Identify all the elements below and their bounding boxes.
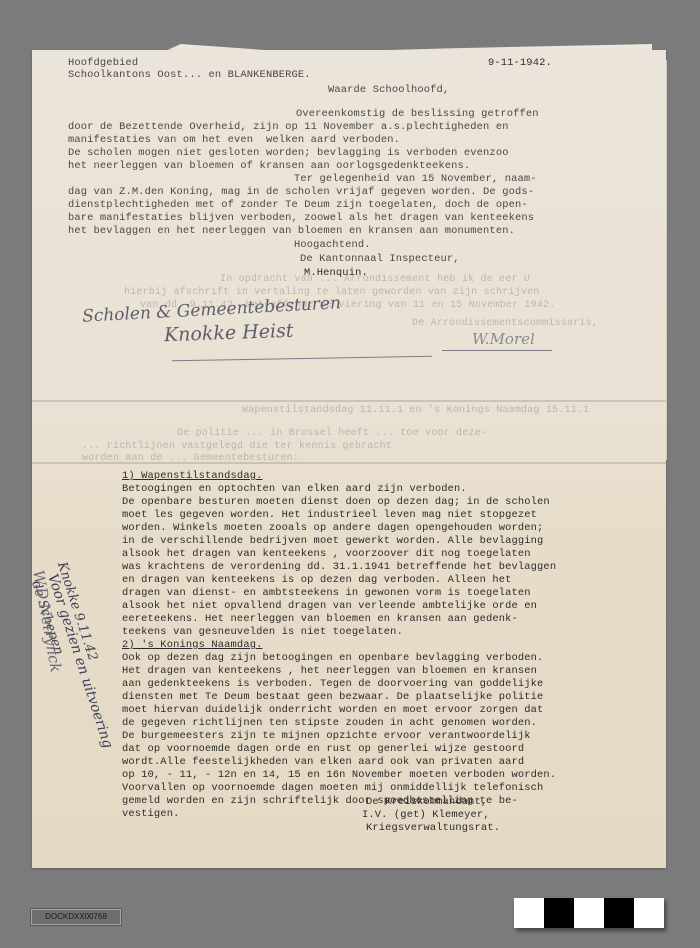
scale-swatch-white xyxy=(574,898,604,928)
section1-title: 1) Wapenstilstandsdag. xyxy=(122,470,262,483)
section2-title: 2) 's Konings Naamdag. xyxy=(122,639,262,652)
header-left-line2: Schoolkantons Oost... en BLANKENBERGE. xyxy=(68,69,311,82)
document-page: In opdracht van ... Arrondissement heb i… xyxy=(32,50,666,868)
letter-date: 9-11-1942. xyxy=(488,57,552,70)
handwritten-underline xyxy=(172,356,432,362)
letter-line: het bevlaggen en het neerleggen van bloe… xyxy=(68,225,515,238)
salutation: Waarde Schoolhoofd, xyxy=(328,84,449,97)
section1-line: moet les gegeven worden. Het industrieel… xyxy=(122,509,537,522)
letter-line: De scholen mogen niet gesloten worden; b… xyxy=(68,147,509,160)
section1-line: worden. Winkels moeten zooals op andere … xyxy=(122,522,543,535)
letter-line: bare manifestaties blijven verboden, zoo… xyxy=(68,212,534,225)
handwritten-place: Knokke Heist xyxy=(164,320,294,347)
section1-line: eereteekens. Het neerleggen van bloemen … xyxy=(122,613,518,626)
ghost-line: Wapenstilstandsdag 11.11.1 en 's Konings… xyxy=(242,405,589,416)
section1-line: De openbare besturen moeten dienst doen … xyxy=(122,496,550,509)
section1-line: alsook het dragen van kenteekens , voorz… xyxy=(122,548,531,561)
closing2-title: De Kreiskommandant, xyxy=(366,796,487,809)
scale-swatch-black xyxy=(604,898,634,928)
closing2-signatory: I.V. (get) Klemeyer, xyxy=(362,809,490,822)
closing-signatory: M.Henquin. xyxy=(304,267,368,280)
section2-line: diensten met Te Deum bestaat geen bezwaa… xyxy=(122,691,543,704)
letter-line: het neerleggen van bloemen of kransen aa… xyxy=(68,160,470,173)
fold-line xyxy=(32,400,666,402)
section2-line: Het dragen van kenteekens , het neerlegg… xyxy=(122,665,537,678)
section2-line: De burgemeesters zijn te mijnen opzichte… xyxy=(122,730,531,743)
section1-line: dragen van dienst- en ambtsteekens in ge… xyxy=(122,587,531,600)
letter-line: manifestaties van om het even welken aar… xyxy=(68,134,400,147)
signature-underline xyxy=(442,350,552,351)
closing2-rank: Kriegsverwaltungsrat. xyxy=(366,822,500,835)
color-scale-bar xyxy=(514,898,664,928)
section1-line: teekens van gesneuvelden is niet toegela… xyxy=(122,626,403,639)
section2-line: Voorvallen op voornoemde dagen moeten mi… xyxy=(122,782,543,795)
section1-line: en dragen van kenteekens is op dezen dag… xyxy=(122,574,512,587)
section1-line: Betoogingen en optochten van elken aard … xyxy=(122,483,467,496)
closing-title: De Kantonnaal Inspecteur, xyxy=(300,253,460,266)
ghost-line: De Arrondissementscommissaris, xyxy=(412,318,598,329)
letter-line: Ter gelegenheid van 15 November, naam- xyxy=(294,173,537,186)
letter-line: Overeenkomstig de beslissing getroffen xyxy=(296,108,539,121)
closing-greeting: Hoogachtend. xyxy=(294,239,371,252)
section2-line: op 10, - 11, - 12n en 14, 15 en 16n Nove… xyxy=(122,769,556,782)
section2-line: moet hiervan duidelijk onderricht worden… xyxy=(122,704,543,717)
section2-line: wordt.Alle feestelijkheden van elken aar… xyxy=(122,756,524,769)
ghost-line: ... richtlijnen vastgelegd die ter kenni… xyxy=(82,441,392,452)
section2-line: dat op voornoemde dagen orde en rust op … xyxy=(122,743,524,756)
letter-line: dag van Z.M.den Koning, mag in de schole… xyxy=(68,186,534,199)
section1-line: alsook het niet opvallend dragen van ver… xyxy=(122,600,537,613)
handwritten-signature: W.Morel xyxy=(472,330,535,348)
letter-line: dienstplechtigheden met of zonder Te Deu… xyxy=(68,199,528,212)
ghost-line: De politie ... in Brussel heeft ... toe … xyxy=(177,428,487,439)
section2-line: aan gedenkteekens is verboden. Tegen de … xyxy=(122,678,543,691)
letter-line: door de Bezettende Overheid, zijn op 11 … xyxy=(68,121,509,134)
archive-id-label: DOCKDXX00768 xyxy=(31,909,121,925)
section2-line: de gegeven richtlijnen ten stipste zoude… xyxy=(122,717,537,730)
ghost-line: worden aan de ... Gemeentebesturen: xyxy=(82,453,299,464)
section1-line: was krachtens de verordening dd. 31.1.19… xyxy=(122,561,556,574)
scale-swatch-black xyxy=(544,898,574,928)
scale-swatch-white xyxy=(514,898,544,928)
scale-swatch-white xyxy=(634,898,664,928)
ghost-line: In opdracht van ... Arrondissement heb i… xyxy=(220,274,530,285)
section1-line: in de verschillende bedrijven moet gewer… xyxy=(122,535,543,548)
section2-line: Ook op dezen dag zijn betoogingen en ope… xyxy=(122,652,543,665)
